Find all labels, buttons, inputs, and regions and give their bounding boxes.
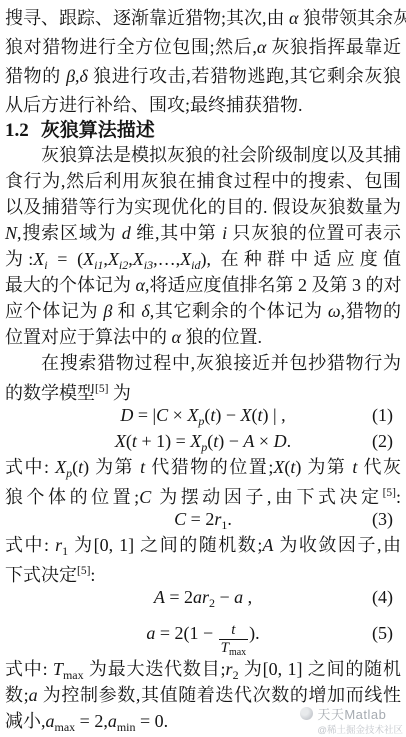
watermark: 天天Matlab @稀土掘金技术社区: [300, 704, 403, 736]
section-heading: 1.2灰狼算法描述: [5, 120, 401, 142]
text-line: 下式决定[5]:: [5, 558, 401, 584]
text-line: 式中: Tmax 为最大迭代数目;r2 为[0, 1] 之间的随机: [5, 656, 401, 682]
equation: a = 2(1 − tTmax).(5): [5, 610, 401, 656]
equation: A = 2ar2 − a ,(4): [5, 584, 401, 610]
equation-number: (4): [372, 584, 393, 610]
text-line: 为:Xi = (Xi1,Xi2,Xi3,…,Xid), 在种群中适应度值: [5, 246, 401, 272]
watermark-brand-row: 天天Matlab: [300, 704, 403, 723]
text-line: 最大的个体记为 α,将适应度值排名第 2 及第 3 的对: [5, 272, 401, 298]
text-line: 灰狼算法是模拟灰狼的社会阶级制度以及其捕: [5, 142, 401, 168]
equation-body: a = 2(1 − tTmax).: [146, 610, 259, 659]
equation-number: (1): [372, 402, 393, 428]
equation-body: X(t + 1) = Xp(t) − A × D.: [115, 428, 291, 460]
watermark-brand: 天天Matlab: [317, 704, 386, 723]
watermark-community: @稀土掘金技术社区: [317, 722, 403, 736]
text-line: 应个体记为 β 和 δ,其它剩余的个体记为 ω,猎物的: [5, 298, 401, 324]
equation-body: C = 2r1.: [174, 506, 232, 538]
equation: D = |C × Xp(t) − X(t) | ,(1): [5, 402, 401, 428]
equation-number: (5): [372, 610, 393, 656]
fraction: tTmax: [219, 622, 249, 659]
text-line: 的数学模型[5] 为: [5, 376, 401, 402]
text-line: 食行为,然后利用灰狼在捕食过程中的搜索、包围: [5, 168, 401, 194]
equation-number: (3): [372, 506, 393, 532]
text-line: 狼个体的位置;C 为摆动因子,由下式决定[5]:: [5, 480, 401, 506]
document-page: 搜寻、跟踪、逐渐靠近猎物;其次,由 α 狼带领其余灰狼对猎物进行全方位包围;然后…: [0, 0, 406, 734]
equation: C = 2r1.(3): [5, 506, 401, 532]
text-line: 搜寻、跟踪、逐渐靠近猎物;其次,由 α 狼带领其余灰: [5, 4, 401, 33]
text-line: 位置对应于算法中的 α 狼的位置.: [5, 324, 401, 350]
text-line: 狼对猎物进行全方位包围;然后,α 灰狼指挥最靠近: [5, 33, 401, 62]
text-line: 以及捕猎等行为实现优化的目的. 假设灰狼数量为: [5, 194, 401, 220]
text-line: 猎物的 β,δ 狼进行攻击,若猎物逃跑,其它剩余灰狼: [5, 62, 401, 91]
document-content: 搜寻、跟踪、逐渐靠近猎物;其次,由 α 狼带领其余灰狼对猎物进行全方位包围;然后…: [0, 0, 406, 734]
section-number: 1.2: [5, 120, 29, 141]
equation: X(t + 1) = Xp(t) − A × D.(2): [5, 428, 401, 454]
equation-number: (2): [372, 428, 393, 454]
text-line: N,搜索区域为 d 维,其中第 i 只灰狼的位置可表示: [5, 220, 401, 246]
juejin-badge-icon: [300, 707, 313, 720]
section-title: 灰狼算法描述: [41, 120, 155, 141]
text-line: 从后方进行补给、围攻;最终捕获猎物.: [5, 91, 401, 120]
text-line: 在搜索猎物过程中,灰狼接近并包抄猎物行为: [5, 350, 401, 376]
